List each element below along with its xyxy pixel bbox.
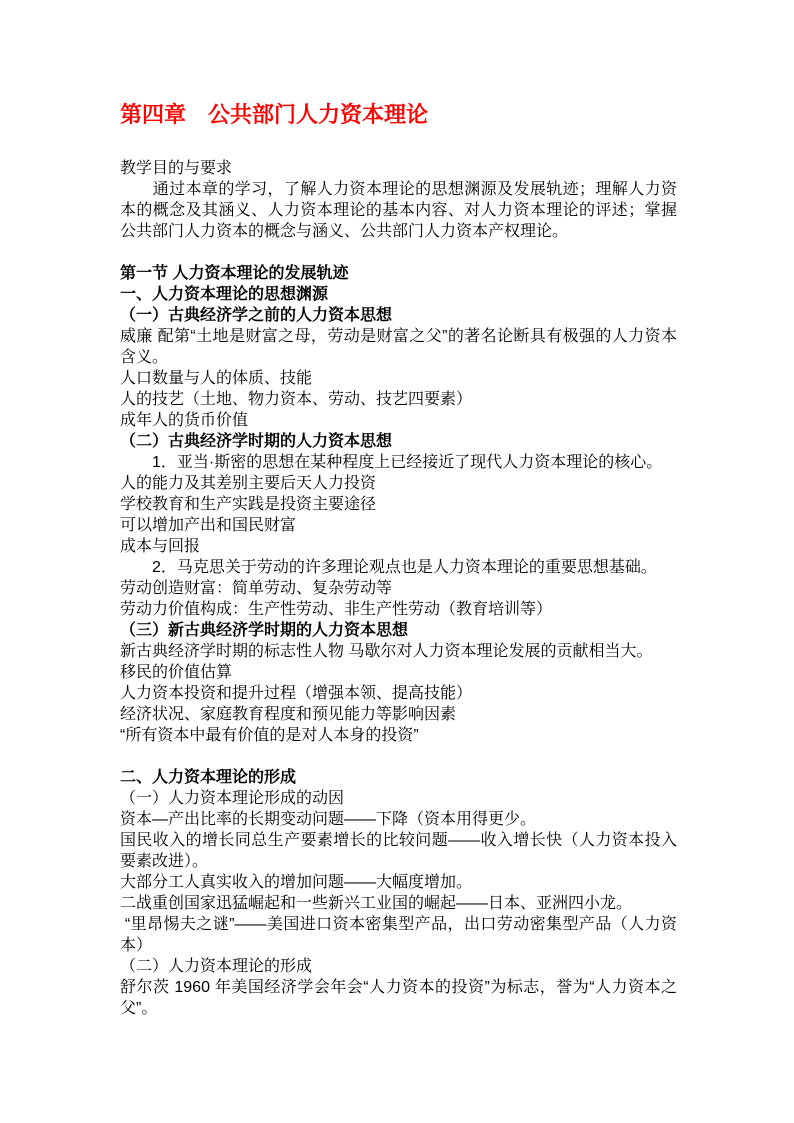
paragraph: （一）人力资本理论形成的动因 (120, 788, 677, 809)
paragraph: 学校教育和生产实践是投资主要途径 (120, 494, 677, 515)
paragraph: 成年人的货币价值 (120, 410, 677, 431)
paragraph: 人力资本投资和提升过程（增强本领、提高技能） (120, 683, 677, 704)
paragraph: 国民收入的增长同总生产要素增长的比较问题——收入增长快（人力资本投入要素改进）。 (120, 830, 677, 872)
paragraph: 人的技艺（土地、物力资本、劳动、技艺四要素） (120, 389, 677, 410)
paragraph: （二）人力资本理论的形成 (120, 956, 677, 977)
document-page: 第四章 公共部门人力资本理论教学目的与要求 通过本章的学习，了解人力资本理论的思… (0, 0, 794, 1123)
paragraph: 二战重创国家迅猛崛起和一些新兴工业国的崛起——日本、亚洲四小龙。 (120, 893, 677, 914)
paragraph: 通过本章的学习，了解人力资本理论的思想渊源及发展轨迹；理解人力资本的概念及其涵义… (120, 179, 677, 242)
paragraph: 1．亚当·斯密的思想在某种程度上已经接近了现代人力资本理论的核心。 (120, 452, 677, 473)
blank-line (120, 242, 677, 263)
section-heading: （一）古典经济学之前的人力资本思想 (120, 305, 677, 326)
paragraph: 人口数量与人的体质、技能 (120, 368, 677, 389)
paragraph: 移民的价值估算 (120, 662, 677, 683)
section-heading: 第一节 人力资本理论的发展轨迹 (120, 263, 677, 284)
paragraph: 舒尔茨 1960 年美国经济学会年会“人力资本的投资”为标志，誉为“人力资本之父… (120, 977, 677, 1019)
paragraph: 可以增加产出和国民财富 (120, 515, 677, 536)
paragraph: 劳动创造财富：简单劳动、复杂劳动等 (120, 578, 677, 599)
paragraph: 大部分工人真实收入的增加问题——大幅度增加。 (120, 872, 677, 893)
paragraph: 2．马克思关于劳动的许多理论观点也是人力资本理论的重要思想基础。 (120, 557, 677, 578)
section-heading: （三）新古典经济学时期的人力资本思想 (120, 620, 677, 641)
section-heading: 一、人力资本理论的思想渊源 (120, 284, 677, 305)
paragraph: 新古典经济学时期的标志性人物 马歇尔对人力资本理论发展的贡献相当大。 (120, 641, 677, 662)
section-heading: （二）古典经济学时期的人力资本思想 (120, 431, 677, 452)
document-content: 第四章 公共部门人力资本理论教学目的与要求 通过本章的学习，了解人力资本理论的思… (120, 100, 677, 1019)
section-heading: 二、人力资本理论的形成 (120, 767, 677, 788)
paragraph: 教学目的与要求 (120, 158, 677, 179)
paragraph: 成本与回报 (120, 536, 677, 557)
paragraph: 人的能力及其差别主要后天人力投资 (120, 473, 677, 494)
paragraph: 经济状况、家庭教育程度和预见能力等影响因素 (120, 704, 677, 725)
paragraph: “所有资本中最有价值的是对人本身的投资” (120, 725, 677, 746)
paragraph: 劳动力价值构成：生产性劳动、非生产性劳动（教育培训等） (120, 599, 677, 620)
paragraph: 威廉 配第“土地是财富之母，劳动是财富之父”的著名论断具有极强的人力资本含义。 (120, 326, 677, 368)
paragraph: 资本—产出比率的长期变动问题——下降（资本用得更少。 (120, 809, 677, 830)
blank-line (120, 746, 677, 767)
paragraph: “里昂惕夫之谜”——美国进口资本密集型产品，出口劳动密集型产品（人力资本） (120, 914, 677, 956)
chapter-title: 第四章 公共部门人力资本理论 (120, 100, 677, 130)
